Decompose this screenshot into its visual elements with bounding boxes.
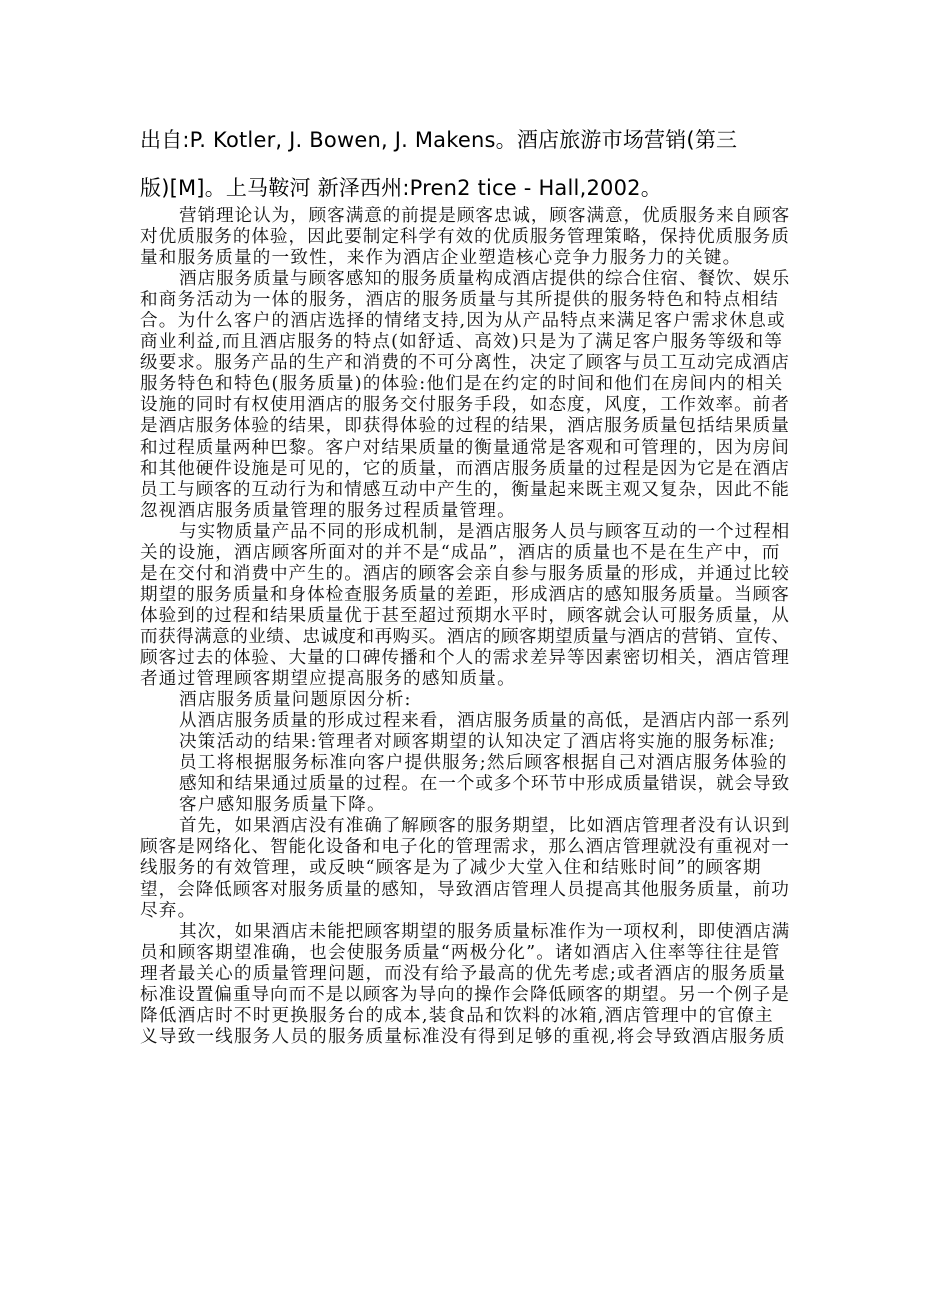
text-line: 者通过管理顾客期望应提高服务的感知质量。 bbox=[140, 669, 790, 690]
text-line: 员工与顾客的互动行为和情感互动中产生的，衡量起来既主观又复杂，因此不能 bbox=[140, 480, 790, 501]
text-line: 营销理论认为，顾客满意的前提是顾客忠诚，顾客满意，优质服务来自顾客 bbox=[140, 206, 790, 227]
text-line: 尽弃。 bbox=[140, 901, 790, 922]
text-line: 线服务的有效管理，或反映“顾客是为了减少大堂入住和结账时间”的顾客期 bbox=[140, 858, 790, 879]
text-line: 望，会降低顾客对服务质量的感知，导致酒店管理人员提高其他服务质量，前功 bbox=[140, 880, 790, 901]
document-body: 营销理论认为，顾客满意的前提是顾客忠诚，顾客满意，优质服务来自顾客对优质服务的体… bbox=[140, 206, 790, 1048]
text-line: 合。为什么客户的酒店选择的情绪支持,因为从产品特点来满足客户需求休息或 bbox=[140, 311, 790, 332]
text-line: 与实物质量产品不同的形成机制，是酒店服务人员与顾客互动的一个过程相 bbox=[140, 522, 790, 543]
citation-line-1: 出自:P. Kotler, J. Bowen, J. Makens。酒店旅游市场… bbox=[140, 124, 800, 154]
text-line: 级要求。服务产品的生产和消费的不可分离性，决定了顾客与员工互动完成酒店 bbox=[140, 353, 790, 374]
text-line: 客户感知服务质量下降。 bbox=[140, 795, 790, 816]
text-line: 酒店服务质量与顾客感知的服务质量构成酒店提供的综合住宿、餐饮、娱乐 bbox=[140, 269, 790, 290]
text-line: 是酒店服务体验的结果，即获得体验的过程的结果，酒店服务质量包括结果质量 bbox=[140, 416, 790, 437]
text-line: 关的设施，酒店顾客所面对的并不是“成品”，酒店的质量也不是在生产中，而 bbox=[140, 543, 790, 564]
text-line: 期望的服务质量和身体检查服务质量的差距，形成酒店的感知服务质量。当顾客 bbox=[140, 585, 790, 606]
text-line: 标准设置偏重导向而不是以顾客为导向的操作会降低顾客的期望。另一个例子是 bbox=[140, 985, 790, 1006]
text-line: 服务特色和特色(服务质量)的体验:他们是在约定的时间和他们在房间内的相关 bbox=[140, 374, 790, 395]
text-line: 其次，如果酒店未能把顾客期望的服务质量标准作为一项权利，即使酒店满 bbox=[140, 922, 790, 943]
text-line: 而获得满意的业绩、忠诚度和再购买。酒店的顾客期望质量与酒店的营销、宣传、 bbox=[140, 627, 790, 648]
text-line: 和其他硬件设施是可见的，它的质量，而酒店服务质量的过程是因为它是在酒店 bbox=[140, 459, 790, 480]
text-line: 商业利益,而且酒店服务的特点(如舒适、高效)只是为了满足客户服务等级和等 bbox=[140, 332, 790, 353]
text-line: 是在交付和消费中产生的。酒店的顾客会亲自参与服务质量的形成，并通过比较 bbox=[140, 564, 790, 585]
text-line: 量和服务质量的一致性，来作为酒店企业塑造核心竞争力服务力的关键。 bbox=[140, 248, 790, 269]
text-line: 理者最关心的质量管理问题，而没有给予最高的优先考虑;或者酒店的服务质量 bbox=[140, 964, 790, 985]
text-line: 顾客是网络化、智能化设备和电子化的管理需求，那么酒店管理就没有重视对一 bbox=[140, 837, 790, 858]
citation-line-2: 版)[M]。上马鞍河 新泽西州:Pren2 tice - Hall,2002。 bbox=[140, 172, 800, 202]
text-line: 员和顾客期望准确，也会使服务质量“两极分化”。诸如酒店入住率等往往是管 bbox=[140, 943, 790, 964]
text-line: 和过程质量两种巴黎。客户对结果质量的衡量通常是客观和可管理的，因为房间 bbox=[140, 438, 790, 459]
text-line: 决策活动的结果:管理者对顾客期望的认知决定了酒店将实施的服务标准; bbox=[140, 732, 790, 753]
text-line: 从酒店服务质量的形成过程来看，酒店服务质量的高低，是酒店内部一系列 bbox=[140, 711, 790, 732]
text-line: 顾客过去的体验、大量的口碑传播和个人的需求差异等因素密切相关，酒店管理 bbox=[140, 648, 790, 669]
text-line: 忽视酒店服务质量管理的服务过程质量管理。 bbox=[140, 501, 790, 522]
text-line: 酒店服务质量问题原因分析: bbox=[140, 690, 790, 711]
text-line: 设施的同时有权使用酒店的服务交付服务手段，如态度，风度，工作效率。前者 bbox=[140, 395, 790, 416]
text-line: 感知和结果通过质量的过程。在一个或多个环节中形成质量错误，就会导致 bbox=[140, 774, 790, 795]
text-line: 降低酒店时不时更换服务台的成本,装食品和饮料的冰箱,酒店管理中的官僚主 bbox=[140, 1006, 790, 1027]
text-line: 员工将根据服务标准向客户提供服务;然后顾客根据自己对酒店服务体验的 bbox=[140, 753, 790, 774]
text-line: 首先，如果酒店没有准确了解顾客的服务期望，比如酒店管理者没有认识到 bbox=[140, 816, 790, 837]
text-line: 和商务活动为一体的服务，酒店的服务质量与其所提供的服务特色和特点相结 bbox=[140, 290, 790, 311]
text-line: 体验到的过程和结果质量优于甚至超过预期水平时，顾客就会认可服务质量，从 bbox=[140, 606, 790, 627]
text-line: 对优质服务的体验，因此要制定科学有效的优质服务管理策略，保持优质服务质 bbox=[140, 227, 790, 248]
text-line: 义导致一线服务人员的服务质量标准没有得到足够的重视,将会导致酒店服务质 bbox=[140, 1027, 790, 1048]
